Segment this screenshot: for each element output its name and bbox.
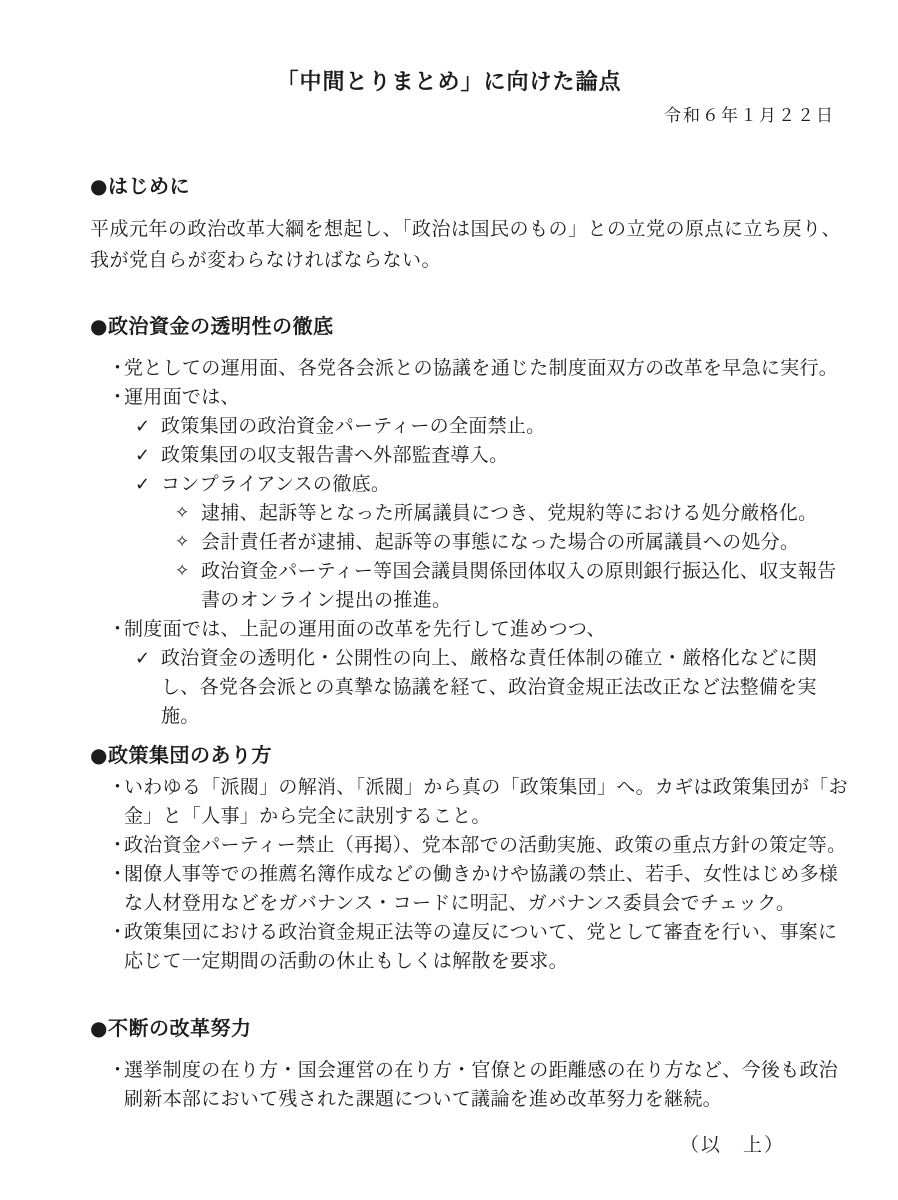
dot-bullet-marker: ・ <box>108 1056 124 1085</box>
list-item: ・ 閣僚人事等での推薦名簿作成などの働きかけや協議の禁止、若手、女性はじめ多様な… <box>108 860 853 918</box>
check-bullet-marker: ✓ <box>135 412 161 441</box>
list-item-text: 閣僚人事等での推薦名簿作成などの働きかけや協議の禁止、若手、女性はじめ多様な人材… <box>124 860 853 918</box>
dot-bullet-marker: ・ <box>108 860 124 889</box>
list-item-text: 逮捕、起訴等となった所属議員につき、党規約等における処分厳格化。 <box>201 499 853 528</box>
section-fudan-items: ・ 選挙制度の在り方・国会運営の在り方・官僚との距離感の在り方など、今後も政治刷… <box>90 1056 853 1114</box>
check-bullet-marker: ✓ <box>135 441 161 470</box>
list-item: ✧ 逮捕、起訴等となった所属議員につき、党規約等における処分厳格化。 <box>175 499 853 528</box>
dot-bullet-marker: ・ <box>108 831 124 860</box>
list-item-text: 制度面では、上記の運用面の改革を先行して進めつつ、 <box>124 615 853 644</box>
list-item: ✧ 政治資金パーティー等国会議員関係団体収入の原則銀行振込化、収支報告書のオンラ… <box>175 557 853 615</box>
list-item: ・ 制度面では、上記の運用面の改革を先行して進めつつ、 <box>108 615 853 644</box>
list-item-text: 政策集団における政治資金規正法等の違反について、党として審査を行い、事案に応じて… <box>124 918 853 976</box>
list-item: ✓ 政策集団の政治資金パーティーの全面禁止。 <box>135 412 853 441</box>
list-item: ・ 党としての運用面、各党各会派との協議を通じた制度面双方の改革を早急に実行。 <box>108 354 853 383</box>
dot-bullet-marker: ・ <box>108 615 124 644</box>
list-item-text: 運用面では、 <box>124 383 853 412</box>
dot-bullet-marker: ・ <box>108 383 124 412</box>
list-item: ・ 政治資金パーティー禁止（再掲）、党本部での活動実施、政策の重点方針の策定等。 <box>108 831 853 860</box>
list-item: ✧ 会計責任者が逮捕、起訴等の事態になった場合の所属議員への処分。 <box>175 528 853 557</box>
list-item: ✓ コンプライアンスの徹底。 <box>135 470 853 499</box>
document-body: ●はじめに 平成元年の政治改革大綱を想起し、「政治は国民のもの」との立党の原点に… <box>0 172 898 1157</box>
document-date: 令和６年１月２２日 <box>0 104 898 128</box>
diamond-bullet-marker: ✧ <box>175 499 201 528</box>
section-toumeisei-items: ・ 党としての運用面、各党各会派との協議を通じた制度面双方の改革を早急に実行。 … <box>90 354 853 731</box>
list-item-text: 政策集団の収支報告書へ外部監査導入。 <box>161 441 853 470</box>
section-heading-toumeisei: ●政治資金の透明性の徹底 <box>90 312 853 340</box>
list-item: ・ 選挙制度の在り方・国会運営の在り方・官僚との距離感の在り方など、今後も政治刷… <box>108 1056 853 1114</box>
list-item-text: コンプライアンスの徹底。 <box>161 470 853 499</box>
list-item-text: 政策集団の政治資金パーティーの全面禁止。 <box>161 412 853 441</box>
check-bullet-marker: ✓ <box>135 470 161 499</box>
list-item: ・ 政策集団における政治資金規正法等の違反について、党として審査を行い、事案に応… <box>108 918 853 976</box>
list-item-text: 党としての運用面、各党各会派との協議を通じた制度面双方の改革を早急に実行。 <box>124 354 853 383</box>
section-heading-seisakushudan: ●政策集団のあり方 <box>90 741 853 769</box>
list-item-text: 政治資金の透明化・公開性の向上、厳格な責任体制の確立・厳格化などに関し、各党各会… <box>161 644 853 731</box>
list-item: ✓ 政策集団の収支報告書へ外部監査導入。 <box>135 441 853 470</box>
dot-bullet-marker: ・ <box>108 354 124 383</box>
diamond-bullet-marker: ✧ <box>175 557 201 586</box>
section-heading-fudan: ●不断の改革努力 <box>90 1014 853 1042</box>
intro-paragraph: 平成元年の政治改革大綱を想起し、「政治は国民のもの」との立党の原点に立ち戻り、我… <box>90 214 853 276</box>
list-item-text: 選挙制度の在り方・国会運営の在り方・官僚との距離感の在り方など、今後も政治刷新本… <box>124 1056 853 1114</box>
list-item-text: 政治資金パーティー等国会議員関係団体収入の原則銀行振込化、収支報告書のオンライン… <box>201 557 853 615</box>
list-item: ✓ 政治資金の透明化・公開性の向上、厳格な責任体制の確立・厳格化などに関し、各党… <box>135 644 853 731</box>
section-heading-hajimeni: ●はじめに <box>90 172 853 200</box>
dot-bullet-marker: ・ <box>108 773 124 802</box>
list-item-text: 政治資金パーティー禁止（再掲）、党本部での活動実施、政策の重点方針の策定等。 <box>124 831 853 860</box>
list-item-text: いわゆる「派閥」の解消、「派閥」から真の「政策集団」へ。カギは政策集団が「お金」… <box>124 773 853 831</box>
dot-bullet-marker: ・ <box>108 918 124 947</box>
list-item: ・ いわゆる「派閥」の解消、「派閥」から真の「政策集団」へ。カギは政策集団が「お… <box>108 773 853 831</box>
document-title: 「中間とりまとめ」に向けた論点 <box>0 0 898 98</box>
diamond-bullet-marker: ✧ <box>175 528 201 557</box>
list-item-text: 会計責任者が逮捕、起訴等の事態になった場合の所属議員への処分。 <box>201 528 853 557</box>
check-bullet-marker: ✓ <box>135 644 161 673</box>
document-page: 「中間とりまとめ」に向けた論点 令和６年１月２２日 ●はじめに 平成元年の政治改… <box>0 0 898 1200</box>
list-item: ・ 運用面では、 <box>108 383 853 412</box>
section-seisakushudan-items: ・ いわゆる「派閥」の解消、「派閥」から真の「政策集団」へ。カギは政策集団が「お… <box>90 773 853 976</box>
closing-note: （以 上） <box>90 1130 853 1157</box>
